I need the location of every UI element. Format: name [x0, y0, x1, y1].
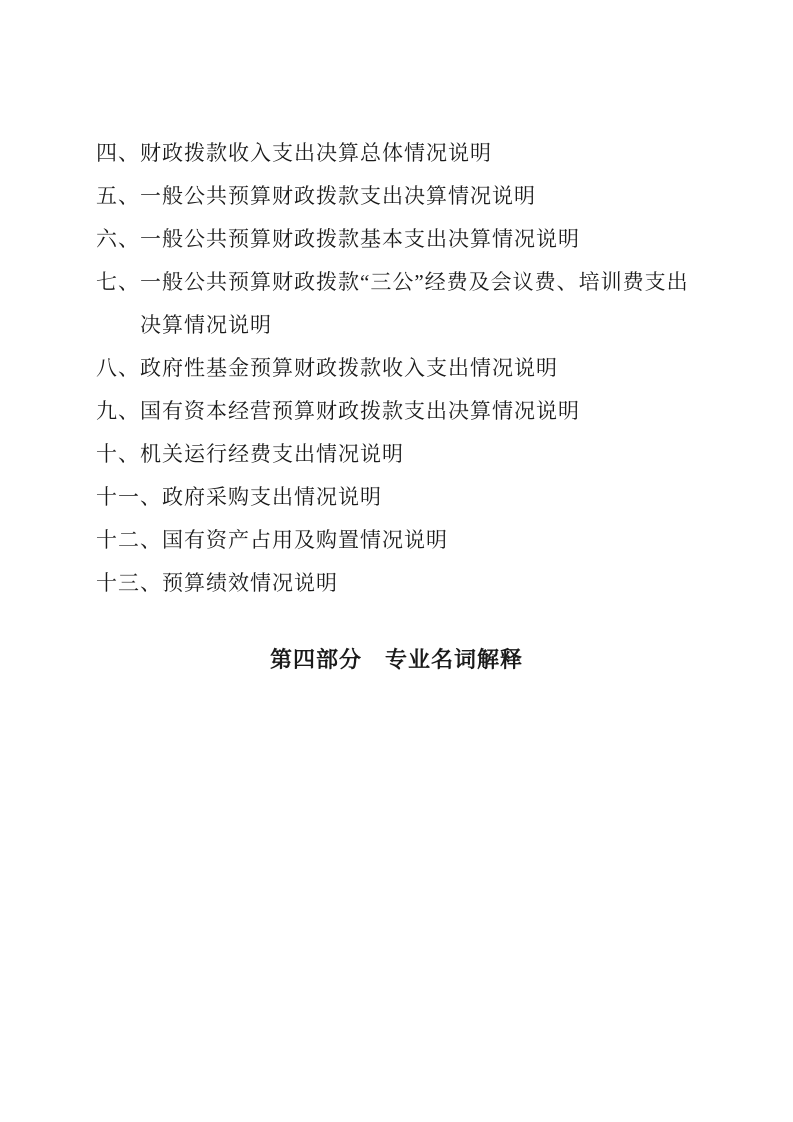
section-heading: 第四部分 专业名词解释 [0, 645, 793, 675]
document-page: 四、财政拨款收入支出决算总体情况说明五、一般公共预算财政拨款支出决算情况说明六、… [0, 0, 793, 1122]
toc-item: 四、财政拨款收入支出决算总体情况说明 [96, 132, 733, 175]
toc-item: 十、机关运行经费支出情况说明 [96, 433, 733, 476]
toc-item: 十三、预算绩效情况说明 [96, 562, 733, 605]
toc-item: 九、国有资本经营预算财政拨款支出决算情况说明 [96, 390, 733, 433]
toc-item: 十二、国有资产占用及购置情况说明 [96, 519, 733, 562]
toc-list: 四、财政拨款收入支出决算总体情况说明五、一般公共预算财政拨款支出决算情况说明六、… [0, 0, 793, 605]
toc-item: 五、一般公共预算财政拨款支出决算情况说明 [96, 175, 733, 218]
toc-item: 十一、政府采购支出情况说明 [96, 476, 733, 519]
toc-item: 七、一般公共预算财政拨款“三公”经费及会议费、培训费支出 [96, 261, 733, 304]
toc-item: 六、一般公共预算财政拨款基本支出决算情况说明 [96, 218, 733, 261]
toc-item: 决算情况说明 [96, 304, 733, 347]
toc-item: 八、政府性基金预算财政拨款收入支出情况说明 [96, 347, 733, 390]
